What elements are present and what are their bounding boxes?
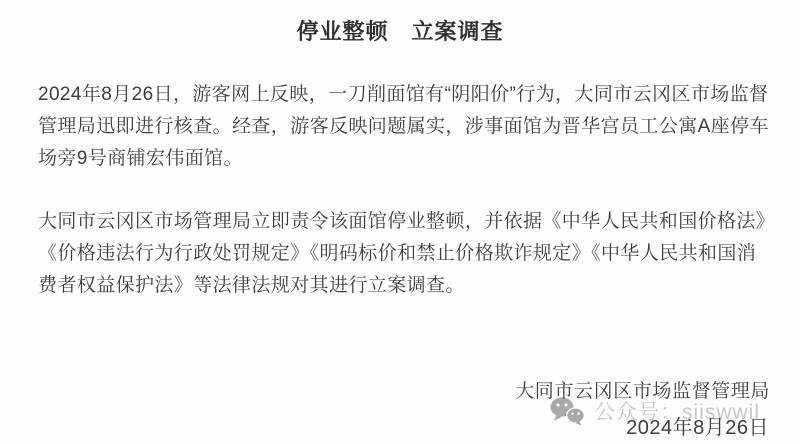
announcement-document: 停业整顿 立案调查 2024年8月26日，游客网上反映，一刀削面馆有“阴阳价”行… — [0, 0, 800, 444]
paragraph-line: 大同市云冈区市场管理局立即责令该面馆停业整顿，并依据《中华人民共和国价格法》 — [38, 206, 778, 238]
issuer-signature: 大同市云冈区市场监督管理局 — [515, 376, 770, 403]
paragraph-line: 2024年8月26日，游客网上反映，一刀削面馆有“阴阳价”行为，大同市云冈区市场… — [38, 79, 778, 111]
paragraph-line: 管理局迅即进行核查。经查，游客反映问题属实，涉事面馆为晋华宫员工公寓A座停车 — [38, 111, 778, 143]
document-title: 停业整顿 立案调查 — [0, 15, 800, 46]
document-date: 2024年8月26日 — [626, 411, 769, 440]
paragraph-enforcement: 大同市云冈区市场管理局立即责令该面馆停业整顿，并依据《中华人民共和国价格法》 《… — [38, 206, 778, 302]
paragraph-line: 费者权益保护法》等法律法规对其进行立案调查。 — [38, 270, 778, 302]
paragraph-line: 场旁9号商铺宏伟面馆。 — [38, 143, 778, 175]
paragraph-line: 《价格违法行为行政处罚规定》《明码标价和禁止价格欺诈规定》《中华人民共和国消 — [38, 238, 778, 270]
paragraph-incident: 2024年8月26日，游客网上反映，一刀削面馆有“阴阳价”行为，大同市云冈区市场… — [38, 79, 778, 175]
